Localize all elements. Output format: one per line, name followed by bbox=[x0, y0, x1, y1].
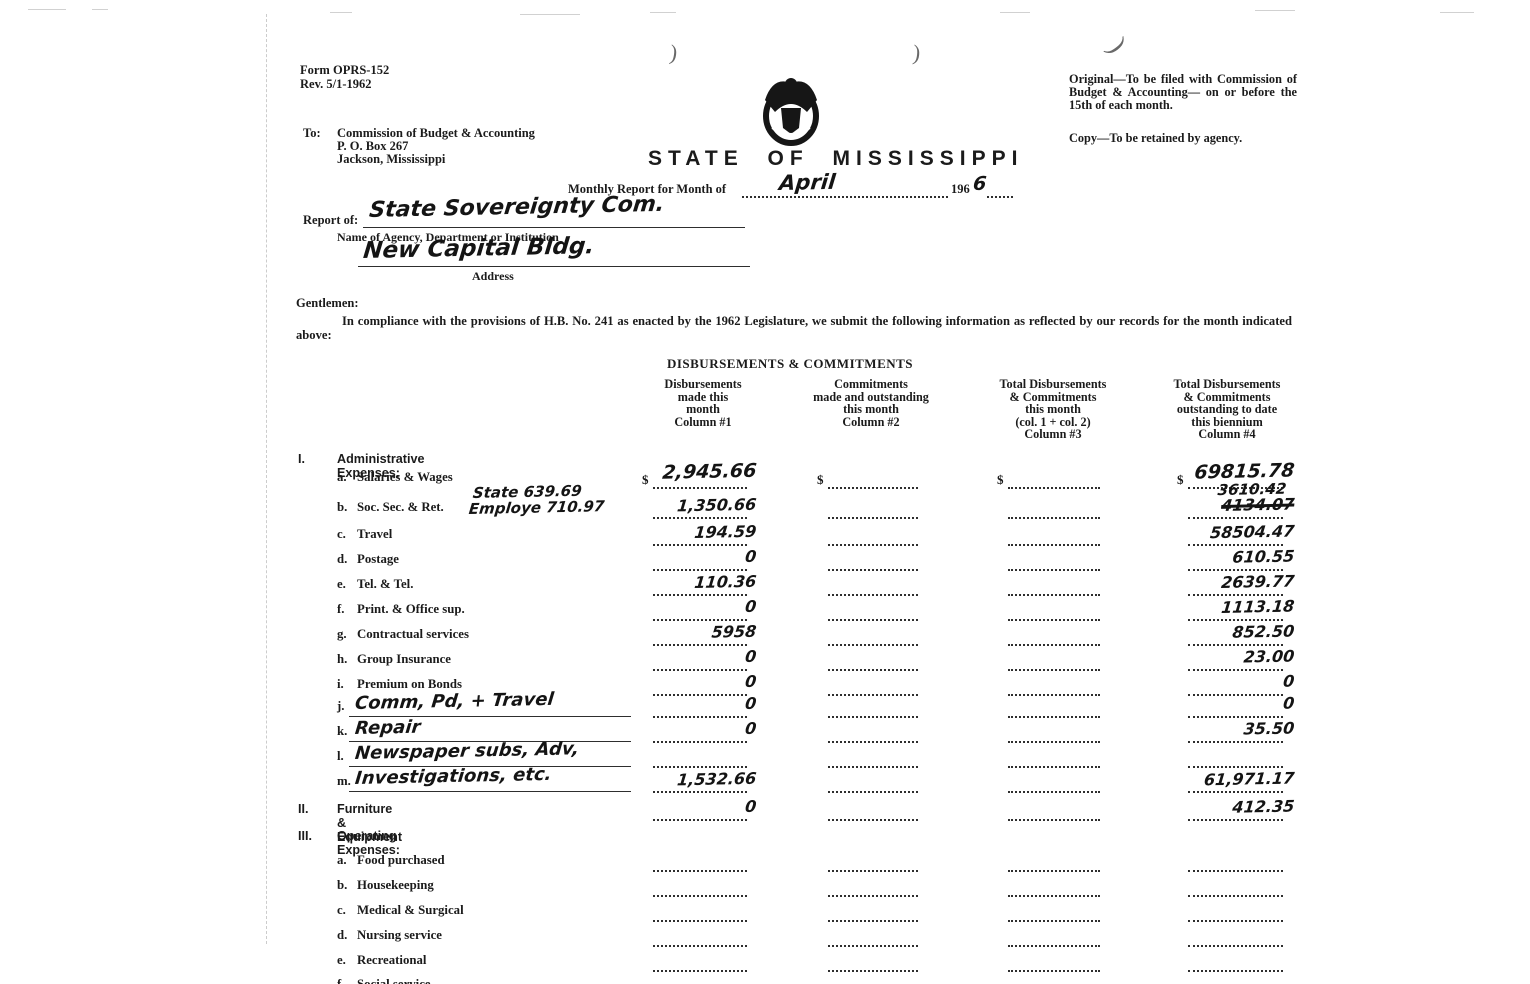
scan-edge-mark bbox=[92, 9, 108, 10]
row-letter: f. bbox=[337, 977, 344, 984]
cell-underline-col2 bbox=[828, 517, 918, 519]
section-numeral: II. bbox=[298, 802, 309, 816]
cell-underline-col1 bbox=[653, 766, 747, 768]
cell-underline-col2 bbox=[828, 870, 918, 872]
scan-edge-mark bbox=[520, 14, 580, 15]
cell-underline-col2 bbox=[828, 895, 918, 897]
cell-value-col4: 0 bbox=[1125, 693, 1295, 716]
row-label: Postage bbox=[357, 552, 399, 567]
cell-underline-col3 bbox=[1008, 716, 1100, 718]
copy-note: Copy—To be retained by agency. bbox=[1069, 131, 1297, 146]
row-letter: e. bbox=[337, 577, 346, 592]
row-label: Tel. & Tel. bbox=[357, 577, 413, 592]
cell-underline-col3 bbox=[1008, 517, 1100, 519]
column-header-line: Column #1 bbox=[608, 416, 798, 429]
cell-underline-col3 bbox=[1008, 619, 1100, 621]
column-header-4: Total Disbursements& Commitmentsoutstand… bbox=[1132, 378, 1322, 441]
cell-underline-col2 bbox=[828, 644, 918, 646]
cell-underline-col1 bbox=[653, 716, 747, 718]
scan-edge-mark bbox=[1255, 10, 1295, 11]
cell-underline-col2 bbox=[828, 716, 918, 718]
state-title: STATE OF MISSISSIPPI bbox=[648, 147, 1023, 171]
row-letter: b. bbox=[337, 878, 347, 893]
row-letter: i. bbox=[337, 677, 344, 692]
cell-underline-col4 bbox=[1188, 741, 1283, 743]
cell-underline-col3 bbox=[1008, 741, 1100, 743]
cell-underline-col1 bbox=[653, 517, 747, 519]
scan-edge-mark bbox=[28, 9, 66, 10]
row-label: Housekeeping bbox=[357, 878, 434, 893]
cell-underline-col2 bbox=[828, 669, 918, 671]
row-label: Premium on Bonds bbox=[357, 677, 462, 692]
cell-value-col1: 5958 bbox=[599, 622, 757, 644]
cell-underline-col3 bbox=[1008, 544, 1100, 546]
agency-handwritten-value: State Sovereignty Com. bbox=[368, 192, 666, 223]
row-label: Travel bbox=[357, 527, 392, 542]
cell-underline-col1 bbox=[653, 819, 747, 821]
body-paragraph: In compliance with the provisions of H.B… bbox=[296, 315, 1292, 342]
address-handwritten-value: New Capital Bldg. bbox=[362, 233, 596, 264]
year-prefix: 196 bbox=[951, 183, 970, 196]
cell-underline-col3 bbox=[1008, 819, 1100, 821]
cell-underline-col2 bbox=[828, 694, 918, 696]
cell-value-col4: 1113.18 bbox=[1125, 596, 1295, 619]
column-header-line: Total Disbursements bbox=[958, 378, 1148, 391]
row-letter: l. bbox=[337, 749, 344, 764]
cell-value-col1: 0 bbox=[599, 597, 757, 619]
column-header-2: Commitmentsmade and outstandingthis mont… bbox=[776, 378, 966, 428]
cell-underline-col4 bbox=[1188, 970, 1283, 972]
cell-value-col4-correction: 3610.42 bbox=[1125, 480, 1287, 501]
column-header-line: this month bbox=[776, 403, 966, 416]
column-header-3: Total Disbursements& Commitmentsthis mon… bbox=[958, 378, 1148, 441]
row-letter: e. bbox=[337, 953, 346, 968]
form-number: Form OPRS-152 bbox=[300, 64, 389, 77]
table-title: DISBURSEMENTS & COMMITMENTS bbox=[600, 356, 980, 372]
cell-underline-col4 bbox=[1188, 619, 1283, 621]
row-letter: c. bbox=[337, 527, 346, 542]
cell-underline-col1 bbox=[653, 970, 747, 972]
cell-underline-col3 bbox=[1008, 766, 1100, 768]
cell-underline-col2 bbox=[828, 487, 918, 489]
scan-edge-mark bbox=[330, 12, 352, 13]
cell-underline-col2 bbox=[828, 945, 918, 947]
cell-value-col1: 0 bbox=[599, 719, 757, 741]
cell-underline-col2 bbox=[828, 544, 918, 546]
cell-underline-col3 bbox=[1008, 694, 1100, 696]
row-label-handwritten: Repair bbox=[354, 717, 422, 739]
note-handwritten-line2: Employe 710.97 bbox=[468, 497, 605, 518]
cell-value-col4: 610.55 bbox=[1125, 546, 1295, 569]
cell-underline-col4 bbox=[1188, 594, 1283, 596]
cell-underline-col2 bbox=[828, 791, 918, 793]
cell-underline-col1 bbox=[653, 741, 747, 743]
cell-underline-col4 bbox=[1188, 895, 1283, 897]
row-label: Contractual services bbox=[357, 627, 469, 642]
cell-underline-col4 bbox=[1188, 517, 1283, 519]
cell-underline-col2 bbox=[828, 741, 918, 743]
cell-underline-col1 bbox=[653, 945, 747, 947]
pen-mark: ) bbox=[912, 40, 922, 67]
row-label-handwritten: Newspaper subs, Adv, bbox=[354, 738, 580, 764]
cell-underline-col1 bbox=[653, 644, 747, 646]
row-letter: k. bbox=[337, 724, 347, 739]
row-letter: a. bbox=[337, 470, 347, 485]
row-label: Soc. Sec. & Ret. bbox=[357, 500, 444, 515]
pen-mark: ) bbox=[1101, 32, 1132, 59]
scan-edge-mark bbox=[1000, 12, 1030, 13]
cell-underline-col2 bbox=[828, 819, 918, 821]
row-letter: j. bbox=[337, 699, 344, 714]
cell-underline-col2 bbox=[828, 569, 918, 571]
cell-value-col4: 0 bbox=[1125, 671, 1295, 694]
cell-underline-col4 bbox=[1188, 716, 1283, 718]
cell-value-col1: 1,532.66 bbox=[599, 769, 757, 791]
cell-value-col1: 0 bbox=[599, 672, 757, 694]
cell-value-col4: 61,971.17 bbox=[1125, 768, 1295, 791]
row-letter: a. bbox=[337, 853, 347, 868]
cell-underline-col4 bbox=[1188, 544, 1283, 546]
address-underline bbox=[358, 266, 750, 267]
row-label-underline bbox=[349, 791, 631, 792]
row-label: Print. & Office sup. bbox=[357, 602, 465, 617]
column-header-line: outstanding to date bbox=[1132, 403, 1322, 416]
salutation: Gentlemen: bbox=[296, 297, 358, 310]
cell-underline-col3 bbox=[1008, 920, 1100, 922]
filing-note: Original—To be filed with Commission of … bbox=[1069, 73, 1297, 112]
scan-edge-mark bbox=[650, 12, 676, 13]
row-label: Nursing service bbox=[357, 928, 442, 943]
cell-underline-col3 bbox=[1008, 945, 1100, 947]
cell-underline-col4 bbox=[1188, 644, 1283, 646]
row-label-handwritten: Investigations, etc. bbox=[354, 764, 553, 789]
column-header-line: Total Disbursements bbox=[1132, 378, 1322, 391]
cell-underline-col2 bbox=[828, 920, 918, 922]
cell-underline-col1 bbox=[653, 870, 747, 872]
row-letter: b. bbox=[337, 500, 347, 515]
row-label: Salaries & Wages bbox=[357, 470, 453, 485]
cell-value-col1: 0 bbox=[599, 547, 757, 569]
year-handwritten-digit: 6 bbox=[972, 173, 988, 195]
cell-underline-col3 bbox=[1008, 870, 1100, 872]
column-header-line: Column #4 bbox=[1132, 428, 1322, 441]
row-label-handwritten: Comm, Pd, + Travel bbox=[354, 689, 555, 714]
column-header-line: Commitments bbox=[776, 378, 966, 391]
cell-underline-col3 bbox=[1008, 791, 1100, 793]
column-header-line: Disbursements bbox=[608, 378, 798, 391]
section-numeral: III. bbox=[298, 829, 312, 843]
cell-underline-col4 bbox=[1188, 569, 1283, 571]
row-letter: g. bbox=[337, 627, 347, 642]
cell-underline-col3 bbox=[1008, 895, 1100, 897]
agency-underline bbox=[363, 227, 745, 228]
column-header-line: this month bbox=[958, 403, 1148, 416]
cell-value-col1: 1,350.66 bbox=[599, 495, 757, 517]
cell-value-col4: 23.00 bbox=[1125, 646, 1295, 669]
scan-left-fold-line bbox=[266, 14, 267, 944]
cell-value-col1: 194.59 bbox=[599, 522, 757, 544]
cell-underline-col4 bbox=[1188, 669, 1283, 671]
cell-value-col1: 110.36 bbox=[599, 572, 757, 594]
cell-underline-col3 bbox=[1008, 970, 1100, 972]
cell-value-col1: 2,945.66 bbox=[599, 460, 758, 485]
row-label: Food purchased bbox=[357, 853, 445, 868]
dollar-sign-col3: $ bbox=[997, 472, 1004, 488]
address-caption: Address bbox=[472, 269, 514, 284]
month-handwritten-value: April bbox=[778, 170, 837, 195]
cell-underline-col3 bbox=[1008, 594, 1100, 596]
cell-underline-col1 bbox=[653, 544, 747, 546]
report-of-label: Report of: bbox=[303, 214, 358, 227]
column-header-1: Disbursementsmade thismonthColumn #1 bbox=[608, 378, 798, 428]
month-underline bbox=[742, 196, 948, 198]
cell-underline-col1 bbox=[653, 594, 747, 596]
column-header-line: Column #3 bbox=[958, 428, 1148, 441]
cell-value-col4: 58504.47 bbox=[1125, 521, 1295, 544]
cell-value-col4: 412.35 bbox=[1125, 796, 1295, 819]
cell-underline-col2 bbox=[828, 594, 918, 596]
pen-mark: ) bbox=[668, 40, 679, 67]
cell-underline-col4 bbox=[1188, 791, 1283, 793]
cell-underline-col1 bbox=[653, 895, 747, 897]
cell-underline-col1 bbox=[653, 669, 747, 671]
cell-underline-col4 bbox=[1188, 819, 1283, 821]
cell-underline-col4 bbox=[1188, 766, 1283, 768]
column-header-line: month bbox=[608, 403, 798, 416]
to-label: To: bbox=[303, 127, 321, 140]
cell-value-col1: 0 bbox=[599, 694, 757, 716]
cell-underline-col1 bbox=[653, 920, 747, 922]
cell-underline-col1 bbox=[653, 791, 747, 793]
cell-underline-col2 bbox=[828, 619, 918, 621]
cell-value-col4: 2639.77 bbox=[1125, 571, 1295, 594]
row-letter: h. bbox=[337, 652, 347, 667]
cell-underline-col2 bbox=[828, 766, 918, 768]
to-line-3: Jackson, Mississippi bbox=[337, 153, 445, 166]
cell-underline-col4 bbox=[1188, 945, 1283, 947]
column-header-line: Column #2 bbox=[776, 416, 966, 429]
state-seal-icon bbox=[758, 66, 824, 148]
cell-value-col4: 35.50 bbox=[1125, 718, 1295, 741]
row-label: Group Insurance bbox=[357, 652, 451, 667]
row-letter: d. bbox=[337, 552, 347, 567]
row-letter: m. bbox=[337, 774, 351, 789]
cell-underline-col4 bbox=[1188, 920, 1283, 922]
cell-underline-col1 bbox=[653, 619, 747, 621]
cell-underline-col4 bbox=[1188, 870, 1283, 872]
row-label: Medical & Surgical bbox=[357, 903, 464, 918]
dollar-sign-col2: $ bbox=[817, 472, 824, 488]
year-underline bbox=[987, 196, 1013, 198]
cell-value-col1: 0 bbox=[599, 647, 757, 669]
cell-value-col4: 852.50 bbox=[1125, 621, 1295, 644]
cell-underline-col1 bbox=[653, 569, 747, 571]
row-label: Recreational bbox=[357, 953, 426, 968]
cell-value-col1: 0 bbox=[599, 797, 757, 819]
row-label: Social service bbox=[357, 977, 431, 984]
row-letter: d. bbox=[337, 928, 347, 943]
cell-underline-col3 bbox=[1008, 569, 1100, 571]
cell-underline-col3 bbox=[1008, 487, 1100, 489]
form-revision: Rev. 5/1-1962 bbox=[300, 78, 372, 91]
cell-underline-col2 bbox=[828, 970, 918, 972]
row-letter: c. bbox=[337, 903, 346, 918]
scan-edge-mark bbox=[1440, 12, 1474, 13]
cell-underline-col3 bbox=[1008, 669, 1100, 671]
cell-underline-col3 bbox=[1008, 644, 1100, 646]
cell-underline-col1 bbox=[653, 487, 747, 489]
row-letter: f. bbox=[337, 602, 344, 617]
section-numeral: I. bbox=[298, 452, 305, 466]
